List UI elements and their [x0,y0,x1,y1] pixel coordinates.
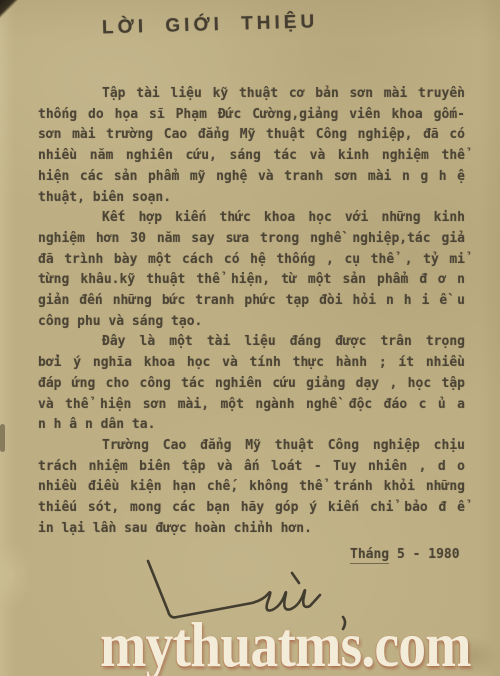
date-text: Tháng 5 - 1980 [350,547,460,562]
paper-stain [0,540,32,610]
body-line: hiện các sản phẩm mỹ nghệ và tranh sơn m… [38,167,465,188]
paragraph: Tập tài liệu kỹ thuật cơ bản sơn mài tru… [38,84,465,208]
body-line: Kết hợp kiến thức khoa học với những kin… [38,208,465,229]
body-line: thiếu sót, mong các bạn hãy góp ý kiến c… [38,498,465,519]
body-line: sơn mài trường Cao đẳng Mỹ thuật Công ng… [38,125,465,146]
page-corner-shadow [0,0,18,18]
body-line: và thể hiện sơn mài, một ngành nghề độc … [38,395,465,416]
body-line: công phu và sáng tạo. [38,312,465,333]
body-text: Tập tài liệu kỹ thuật cơ bản sơn mài tru… [38,84,465,539]
body-line: Tập tài liệu kỹ thuật cơ bản sơn mài tru… [38,84,465,105]
body-line: nhiều năm nghiên cứu, sáng tác và kinh n… [38,146,465,167]
body-line: thống do họa sĩ Phạm Đức Cường,giảng viê… [38,105,465,126]
watermark: mythuatms.com [100,608,471,676]
body-line: nghiệm hơn 30 năm say sưa trong nghề ngh… [38,229,465,250]
paragraph: Kết hợp kiến thức khoa học với những kin… [38,208,465,332]
body-line: đáp ứng cho công tác nghiên cứu giảng dạ… [38,374,465,395]
body-line: từng khâu.kỹ thuật thể hiện, từ một sản … [38,270,465,291]
page-title: LỜI GIỚI THIỆU [102,11,343,40]
body-line: in lại lần sau được hoàn chỉnh hơn. [38,519,465,540]
body-line: Đây là một tài liệu đáng được trân trọng [38,332,465,353]
body-line: n h â n dân ta. [38,415,465,436]
date-rest: 5 - 1980 [397,547,460,562]
body-line: giản đến những bức tranh phức tạp đòi hỏ… [38,291,465,312]
paragraph: Trường Cao đẳng Mỹ thuật Công nghiệp chị… [38,436,465,540]
left-edge-smudge [0,424,5,452]
scanned-book-page: LỜI GIỚI THIỆU Tập tài liệu kỹ thuật cơ … [0,0,500,676]
body-line: Trường Cao đẳng Mỹ thuật Công nghiệp chị… [38,436,465,457]
body-line: bởi ý nghĩa khoa học và tính thực hành ;… [38,353,465,374]
body-line: thuật, biên soạn. [38,188,465,209]
body-line: nhiều điều kiện hạn chế, không thể tránh… [38,477,465,498]
body-line: đã trình bày một cách có hệ thống , cụ t… [38,250,465,271]
body-line: trách nhiệm biên tập và ấn loát - Tuy nh… [38,457,465,478]
signature-accent [292,573,299,583]
paragraph: Đây là một tài liệu đáng được trân trọng… [38,332,465,436]
